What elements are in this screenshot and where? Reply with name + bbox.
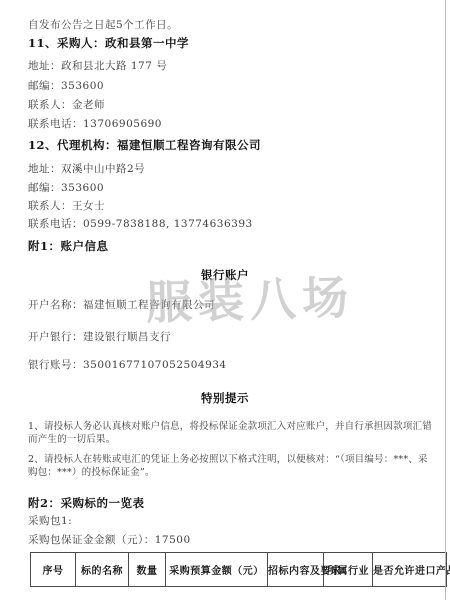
bank-branch: 开户银行：建设银行顺昌支行	[28, 329, 171, 344]
bank-account-number: 银行账号：35001677107052504934	[28, 357, 227, 372]
package-deposit-line: 采购包保证金金额（元）：17500	[28, 532, 191, 547]
special-notice-item-2: 2、请投标人在转账或电汇的凭证上务必按照以下格式注明，以便核对：“（项目编号：*…	[28, 454, 432, 479]
header-quantity: 数量	[129, 553, 166, 587]
agency-address: 地址：双溪中山中路2号	[28, 161, 145, 176]
page-right-border	[445, 0, 446, 600]
package-label: 采购包1:	[28, 513, 72, 528]
header-import-allowed: 是否允许进口产品	[373, 553, 447, 587]
agency-heading: 12、代理机构：福建恒顺工程咨询有限公司	[28, 137, 261, 153]
special-notice-title: 特别提示	[0, 390, 450, 406]
purchaser-postcode: 邮编：353600	[28, 78, 104, 93]
purchaser-address: 地址：政和县北大路 177 号	[28, 58, 167, 73]
validity-line: 自发布公告之日起5个工作日。	[28, 17, 178, 32]
header-item-name: 标的名称	[76, 553, 129, 587]
header-budget-amount: 采购预算金额（元）	[166, 553, 268, 587]
agency-contact: 联系人：王女士	[28, 198, 105, 213]
purchaser-heading: 11、采购人：政和县第一中学	[28, 35, 189, 51]
procurement-items-table: 序号 标的名称 数量 采购预算金额（元） 招标内容及要求 所属行业 是否允许进口…	[30, 552, 447, 587]
special-notice-item-1: 1、请投标人务必认真核对账户信息，将投标保证金款项汇入对应账户，并自行承担因款项…	[28, 421, 432, 446]
table-header-row: 序号 标的名称 数量 采购预算金额（元） 招标内容及要求 所属行业 是否允许进口…	[31, 553, 447, 587]
bank-account-title: 银行账户	[0, 267, 450, 283]
bank-account-name: 开户名称：福建恒顺工程咨询有限公司	[28, 297, 215, 312]
purchaser-contact: 联系人：金老师	[28, 97, 105, 112]
purchaser-phone: 联系电话：13706905690	[28, 116, 162, 131]
agency-postcode: 邮编：353600	[28, 180, 104, 195]
agency-phone: 联系电话：0599-7838188, 13774636393	[28, 216, 253, 231]
attachment2-heading: 附2：采购标的一览表	[28, 495, 145, 511]
attachment1-heading: 附1：账户信息	[28, 238, 109, 254]
header-serial-number: 序号	[31, 553, 76, 587]
procurement-notice-page: 自发布公告之日起5个工作日。 11、采购人：政和县第一中学 地址：政和县北大路 …	[0, 0, 450, 600]
header-bid-content: 招标内容及要求	[268, 553, 324, 587]
header-industry: 所属行业	[324, 553, 373, 587]
